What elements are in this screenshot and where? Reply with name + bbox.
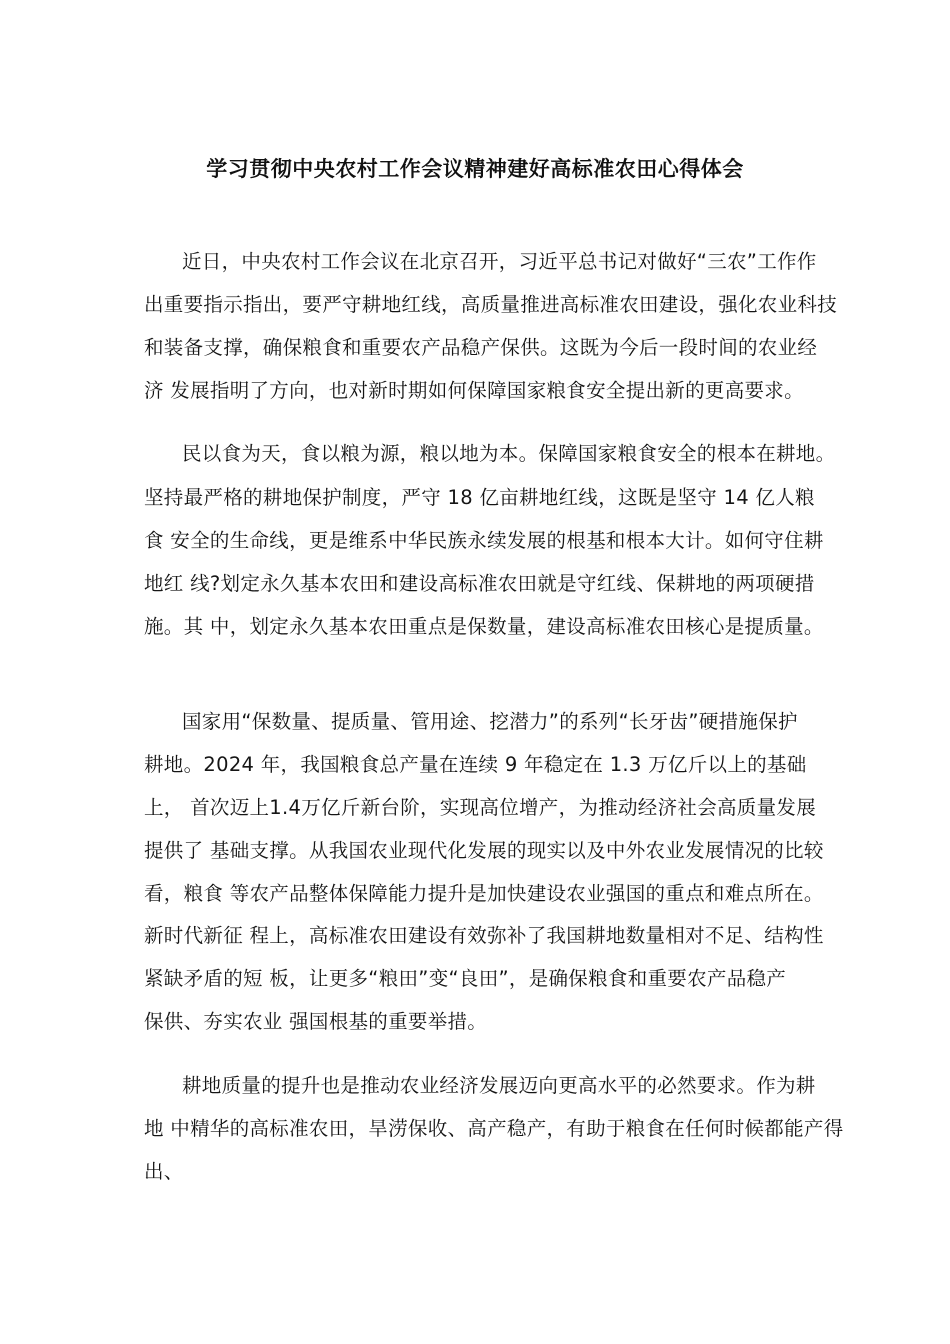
paragraph-2-line-3: 食 安全的生命线，更是维系中华民族永续发展的根基和根本大计。如何守住耕 xyxy=(144,527,824,555)
paragraph-1-line-3: 和装备支撑，确保粮食和重要农产品稳产保供。这既为今后一段时间的农业经 xyxy=(144,334,817,362)
paragraph-3-line-1: 国家用“保数量、提质量、管用途、挖潜力”的系列“长牙齿”硬措施保护 xyxy=(182,708,798,736)
paragraph-3-line-6: 新时代新征 程上，高标准农田建设有效弥补了我国耕地数量相对不足、结构性 xyxy=(144,922,824,950)
paragraph-3-line-3: 上， 首次迈上1.4万亿斤新台阶，实现高位增产，为推动经济社会高质量发展 xyxy=(144,794,816,822)
document-title: 学习贯彻中央农村工作会议精神建好高标准农田心得体会 xyxy=(0,154,950,184)
paragraph-4-line-1: 耕地质量的提升也是推动农业经济发展迈向更高水平的必然要求。作为耕 xyxy=(182,1072,816,1100)
paragraph-1-line-4: 济 发展指明了方向，也对新时期如何保障国家粮食安全提出新的更高要求。 xyxy=(144,377,804,405)
paragraph-2-line-1: 民以食为天，食以粮为源，粮以地为本。保障国家粮食安全的根本在耕地。 xyxy=(182,440,835,468)
paragraph-2-line-5: 施。其 中，划定永久基本农田重点是保数量，建设高标准农田核心是提质量。 xyxy=(144,613,824,641)
paragraph-4-line-3: 出、 xyxy=(144,1158,184,1186)
paragraph-1-line-1: 近日，中央农村工作会议在北京召开，习近平总书记对做好“三农”工作作 xyxy=(182,248,817,276)
paragraph-4-line-2: 地 中精华的高标准农田，旱涝保收、高产稳产，有助于粮食在任何时候都能产得 xyxy=(144,1115,844,1143)
document-page: 学习贯彻中央农村工作会议精神建好高标准农田心得体会 近日，中央农村工作会议在北京… xyxy=(0,0,950,1344)
paragraph-3-line-7: 紧缺矛盾的短 板，让更多“粮田”变“良田”，是确保粮食和重要农产品稳产 xyxy=(144,965,786,993)
paragraph-3-line-4: 提供了 基础支撑。从我国农业现代化发展的现实以及中外农业发展情况的比较 xyxy=(144,837,824,865)
paragraph-2-line-2: 坚持最严格的耕地保护制度，严守 18 亿亩耕地红线，这既是坚守 14 亿人粮 xyxy=(144,484,815,512)
paragraph-3-line-8: 保供、夯实农业 强国根基的重要举措。 xyxy=(144,1008,487,1036)
paragraph-2-line-4: 地红 线?划定永久基本农田和建设高标准农田就是守红线、保耕地的两项硬措 xyxy=(144,570,815,598)
paragraph-3-line-5: 看，粮食 等农产品整体保障能力提升是加快建设农业强国的重点和难点所在。 xyxy=(144,880,824,908)
paragraph-1-line-2: 出重要指示指出，要严守耕地红线，高质量推进高标准农田建设，强化农业科技 xyxy=(144,291,837,319)
paragraph-3-line-2: 耕地。2024 年，我国粮食总产量在连续 9 年稳定在 1.3 万亿斤以上的基础 xyxy=(144,751,807,779)
